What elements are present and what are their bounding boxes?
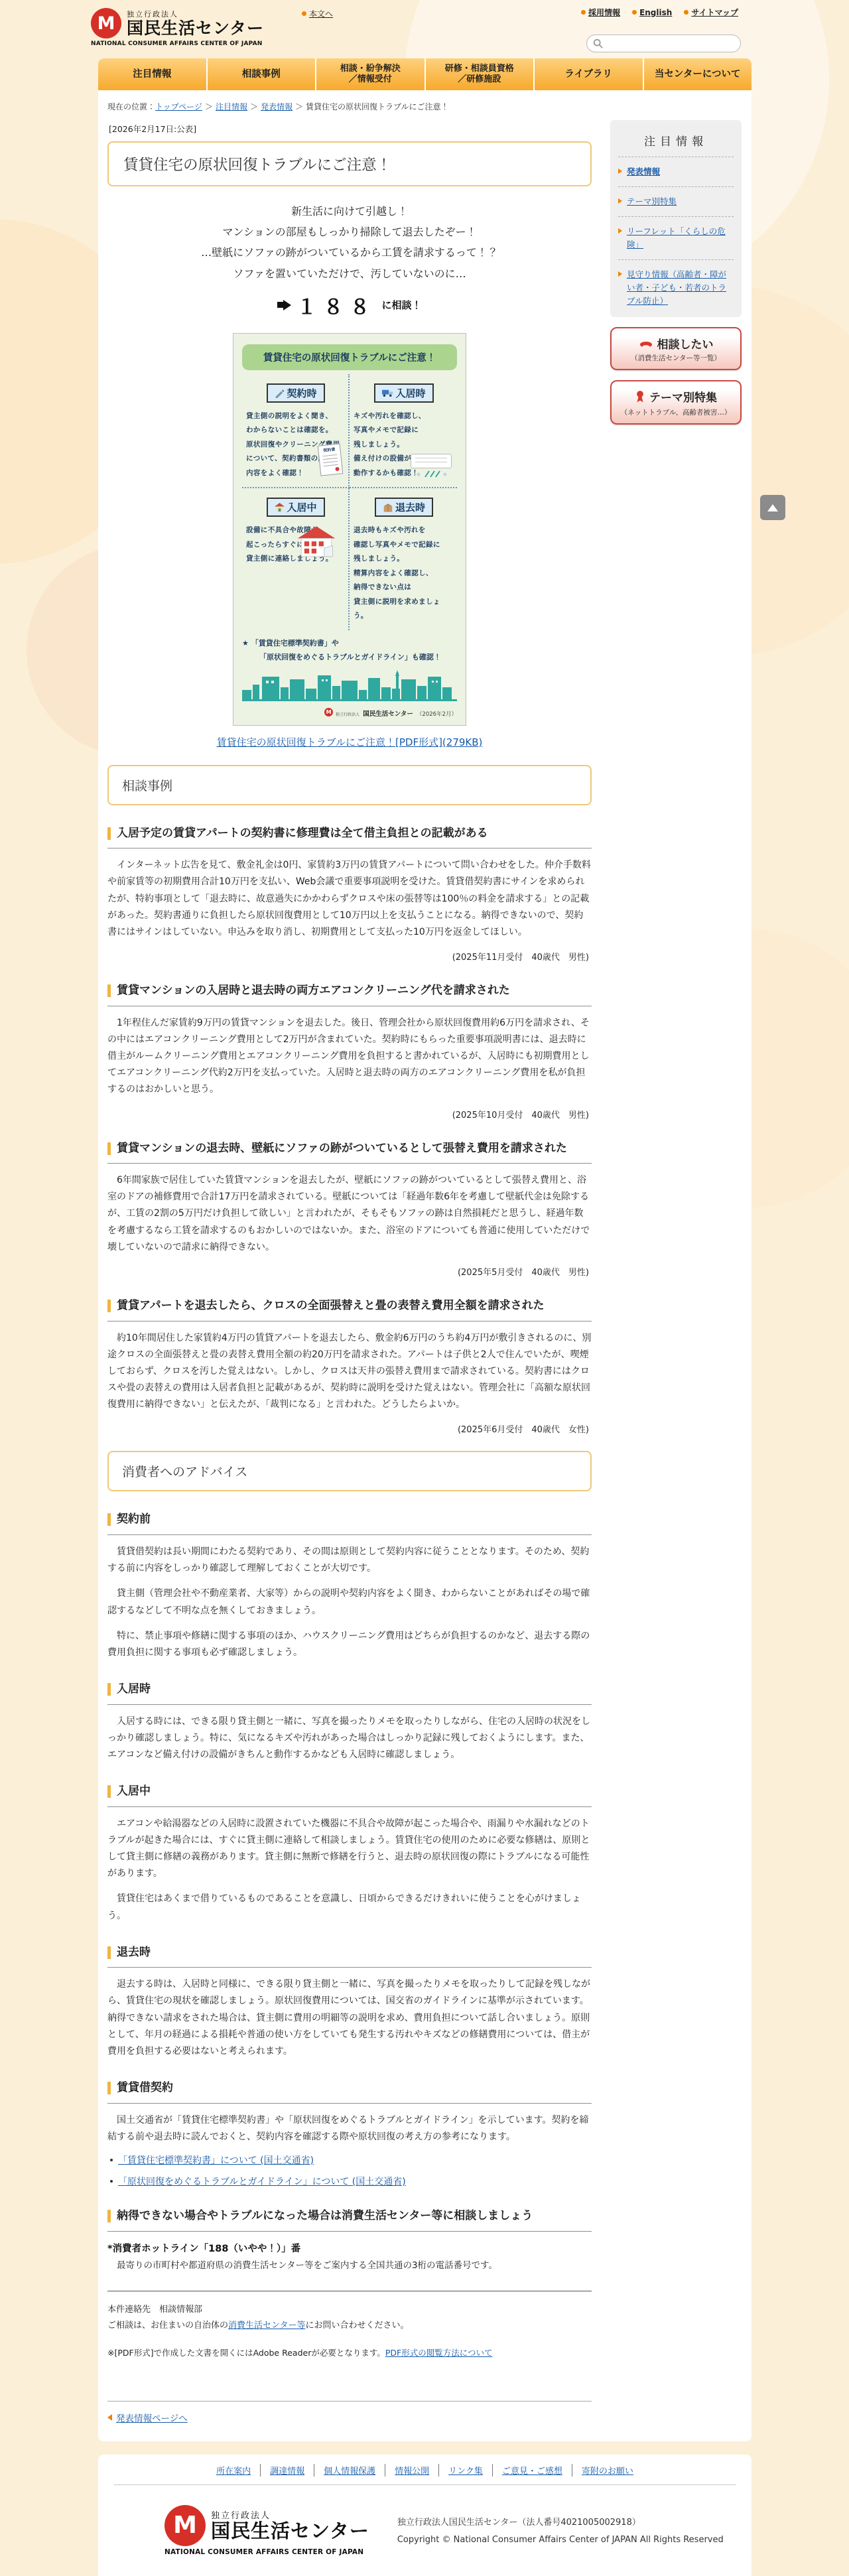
ncac-logo-icon: M bbox=[91, 8, 121, 38]
breadcrumb-label: 現在の位置： bbox=[107, 102, 155, 111]
advice-paragraph: 国土交通省が「賃貸住宅標準契約書」や「原状回復をめぐるトラブルとガイドライン」を… bbox=[107, 2112, 592, 2145]
advice-section: 退去時 退去する時は、入居時と同様に、できる限り貸主側と一緒に、写真を撮ったりメ… bbox=[107, 1942, 592, 2060]
advice-title: 退去時 bbox=[107, 1942, 592, 1968]
advice-paragraph: エアコンや給湯器などの入居時に設置されていた機器に不具合や故障が起こった場合や、… bbox=[107, 1816, 592, 1883]
org-type-label: 独立行政法人 bbox=[127, 9, 264, 19]
footer-link-links[interactable]: リンク集 bbox=[439, 2464, 493, 2476]
advice-paragraph: 貸主側（管理会社や不動産業者、大家等）からの説明や契約内容をよく聞き、わからない… bbox=[107, 1586, 592, 1619]
case-title: 賃貸マンションの退去時、壁紙にソファの跡がついているとして張替え費用を請求された bbox=[107, 1138, 592, 1164]
advice-paragraph: 特に、禁止事項や修繕に関する事項のほか、ハウスクリーニング費用はどちらが負担する… bbox=[107, 1628, 592, 1661]
small-house-icon bbox=[275, 503, 285, 512]
standard-contract-link[interactable]: 「賃貸住宅標準契約書」について (国土交通省) bbox=[118, 2155, 314, 2166]
ncac-logo-icon: M bbox=[324, 708, 333, 716]
pdf-download-link[interactable]: 賃貸住宅の原状回復トラブルにご注意！[PDF形式](279KB) bbox=[217, 736, 483, 748]
bullet-icon bbox=[632, 10, 637, 15]
article-content: [2026年2月17日:公表] 賃貸住宅の原状回復トラブルにご注意！ 新生活に向… bbox=[107, 120, 592, 2424]
pencil-icon bbox=[275, 388, 285, 398]
case-body: 6年間家族で居住していた賃貸マンションを退去したが、壁紙にソファの跡がついている… bbox=[107, 1172, 592, 1256]
ncac-logo-icon: M bbox=[164, 2505, 206, 2546]
case-title: 賃貸アパートを退去したら、クロスの全面張替えと畳の表替え費用全額を請求された bbox=[107, 1295, 592, 1322]
footer-link-procurement[interactable]: 調達情報 bbox=[261, 2464, 314, 2476]
advice-section: 賃貸借契約 国土交通省が「賃貸住宅標準契約書」や「原状回復をめぐるトラブルとガイ… bbox=[107, 2077, 592, 2188]
pdf-note: ※[PDF形式]で作成した文書を開くにはAdobe Readerが必要となります… bbox=[107, 2345, 592, 2361]
sidebar-item-themes[interactable]: テーマ別特集 bbox=[618, 186, 734, 216]
footer-link-privacy[interactable]: 個人情報保護 bbox=[314, 2464, 385, 2476]
sidebar-item-press[interactable]: 発表情報 bbox=[618, 157, 734, 186]
breadcrumb-notable-link[interactable]: 注目情報 bbox=[216, 102, 247, 111]
press-list-link[interactable]: 発表情報ページへ bbox=[116, 2411, 188, 2424]
nav-tab-case-examples[interactable]: 相談事例 bbox=[208, 58, 317, 90]
case-meta: (2025年6月受付 40歳代 女性) bbox=[110, 1422, 589, 1435]
poster-credit: M 独立行政法人 国民生活センター （2026年2月） bbox=[242, 706, 457, 718]
pdf-howto-link[interactable]: PDF形式の閲覧方法について bbox=[385, 2348, 493, 2358]
case-meta: (2025年5月受付 40歳代 男性) bbox=[110, 1265, 589, 1278]
advice-section: 入居中 エアコンや給湯器などの入居時に設置されていた機器に不具合や故障が起こった… bbox=[107, 1781, 592, 1925]
breadcrumb: 現在の位置：トップページ＞注目情報＞発表情報＞賃貸住宅の原状回復トラブルにご注意… bbox=[98, 94, 751, 120]
breadcrumb-home-link[interactable]: トップページ bbox=[155, 102, 202, 111]
city-skyline-illustration bbox=[242, 670, 457, 702]
sidebar-item-watch[interactable]: 見守り情報（高齢者・障がい者・子ども・若者のトラブル防止） bbox=[618, 259, 734, 316]
main-nav: 注目情報 相談事例 相談・紛争解決／情報受付 研修・相談員資格／研修施設 ライブ… bbox=[98, 58, 751, 90]
search-box bbox=[586, 34, 741, 52]
poster-quadrant-contract: 契約時 貸主側の説明をよく聞き、わからないことは確認を。 原状回復やクリーニング… bbox=[242, 374, 350, 489]
poster-title: 賃貸住宅の原状回復トラブルにご注意！ bbox=[242, 344, 457, 370]
search-icon bbox=[592, 38, 604, 50]
case-title: 賃貸マンションの入居時と退去時の両方エアコンクリーニング代を請求された bbox=[107, 980, 592, 1006]
contract-document-icon: 契約書 bbox=[318, 444, 344, 476]
consult-button[interactable]: 相談したい （消費生活センター等一覧） bbox=[610, 327, 742, 370]
case-item: 賃貸マンションの入居時と退去時の両方エアコンクリーニング代を請求された 1年程住… bbox=[107, 980, 592, 1120]
bullet-icon bbox=[684, 10, 688, 15]
search-input[interactable] bbox=[604, 36, 740, 51]
left-arrow-icon bbox=[107, 2414, 112, 2421]
moving-truck-icon bbox=[382, 388, 393, 397]
footer-link-donation[interactable]: 寄附のお願い bbox=[572, 2464, 643, 2476]
right-arrow-icon bbox=[277, 300, 291, 310]
air-conditioner-icon bbox=[411, 454, 452, 481]
section-cases: 相談事例 bbox=[107, 765, 592, 805]
nav-tab-library[interactable]: ライブラリ bbox=[535, 58, 644, 90]
case-item: 賃貸アパートを退去したら、クロスの全面張替えと畳の表替え費用全額を請求された 約… bbox=[107, 1295, 592, 1435]
consult-title: 納得できない場合やトラブルになった場合は消費生活センター等に相談しましょう bbox=[107, 2205, 592, 2232]
footer-link-access[interactable]: 所在案内 bbox=[207, 2464, 261, 2476]
case-item: 入居予定の賃貸アパートの契約書に修理費は全て借主負担との記載がある インターネッ… bbox=[107, 823, 592, 963]
sidebar-panel-notable: 注目情報 発表情報 テーマ別特集 リーフレット「くらしの危険」 見守り情報（高齢… bbox=[610, 120, 742, 317]
advice-paragraph: 入居する時には、できる限り貸主側と一緒に、写真を撮ったりメモを取ったりしながら、… bbox=[107, 1714, 592, 1764]
advice-paragraph: 賃貸借契約は長い期間にわたる契約であり、その間は原則として契約内容に従うこととな… bbox=[107, 1544, 592, 1577]
site-logo[interactable]: M 独立行政法人 国民生活センター bbox=[91, 0, 751, 38]
contact-info: 本件連絡先 相談情報部 ご相談は、お住まいの自治体の消費生活センター等にお問い合… bbox=[107, 2302, 592, 2361]
scroll-to-top-button[interactable] bbox=[760, 495, 785, 520]
section-advice: 消費者へのアドバイス bbox=[107, 1451, 592, 1491]
pushpin-icon bbox=[635, 390, 645, 403]
publish-date: [2026年2月17日:公表] bbox=[109, 123, 590, 135]
intro-text: 新生活に向けて引越し！ マンションの部屋もしっかり掃除して退去したぞー！ …壁紙… bbox=[107, 201, 592, 284]
case-item: 賃貸マンションの退去時、壁紙にソファの跡がついているとして張替え費用を請求された… bbox=[107, 1138, 592, 1278]
utility-links: 採用情報 English サイトマップ bbox=[581, 7, 738, 18]
case-meta: (2025年10月受付 40歳代 男性) bbox=[110, 1108, 589, 1120]
advice-section: 入居時 入居する時には、できる限り貸主側と一緒に、写真を撮ったりメモを取ったりし… bbox=[107, 1678, 592, 1763]
consumer-center-link[interactable]: 消費生活センター等 bbox=[228, 2321, 305, 2331]
sidebar-item-leaflet[interactable]: リーフレット「くらしの危険」 bbox=[618, 216, 734, 259]
advice-title: 入居中 bbox=[107, 1781, 592, 1807]
nav-tab-training[interactable]: 研修・相談員資格／研修施設 bbox=[426, 58, 535, 90]
footer-links: 所在案内 調達情報 個人情報保護 情報公開 リンク集 ご意見・ご感想 寄附のお願… bbox=[98, 2464, 751, 2476]
back-to-press-list: 発表情報ページへ bbox=[107, 2411, 592, 2424]
advice-title: 賃貸借契約 bbox=[107, 2077, 592, 2104]
nav-tab-notable-info[interactable]: 注目情報 bbox=[98, 58, 208, 90]
poster-quadrant-moveout: 退去時 退去時もキズや汚れを確認し写真やメモで記録に 残しましょう。精算内容をよ… bbox=[350, 488, 457, 630]
poster-quadrant-movein: 入居時 キズや汚れを確認し、写真やメモで記録に 残しましょう。備え付けの設備がき… bbox=[350, 374, 457, 489]
recruit-link[interactable]: 採用情報 bbox=[581, 7, 620, 18]
advice-title: 入居時 bbox=[107, 1678, 592, 1705]
site-footer: 所在案内 調達情報 個人情報保護 情報公開 リンク集 ご意見・ご感想 寄附のお願… bbox=[98, 2455, 751, 2576]
case-body: 約10年間居住した家賃約4万円の賃貸アパートを退去したら、敷金約6万円のうち約4… bbox=[107, 1330, 592, 1414]
sitemap-link[interactable]: サイトマップ bbox=[684, 7, 738, 18]
house-illustration-icon bbox=[296, 524, 336, 560]
advice-paragraph: 退去する時は、入居時と同様に、できる限り貸主側と一緒に、写真を撮ったりメモを取っ… bbox=[107, 1976, 592, 2060]
english-link[interactable]: English bbox=[632, 7, 672, 18]
skip-to-content-link[interactable]: 本文へ bbox=[302, 8, 333, 19]
hotline-188: １８８ に相談！ bbox=[107, 291, 592, 320]
footer-copyright: 独立行政法人国民生活センター（法人番号4021005002918） Copyri… bbox=[397, 2505, 724, 2549]
poster-image: 賃貸住宅の原状回復トラブルにご注意！ 契約時 貸主側の説明をよく聞き、わからない… bbox=[233, 333, 466, 726]
case-meta: (2025年11月受付 40歳代 男性) bbox=[110, 950, 589, 963]
case-body: インターネット広告を見て、敷金礼金は0円、家賃約3万円の賃貸アパートについて問い… bbox=[107, 857, 592, 941]
sidebar-title: 注目情報 bbox=[618, 123, 734, 157]
divider bbox=[107, 2291, 592, 2291]
breadcrumb-current: 賃貸住宅の原状回復トラブルにご注意！ bbox=[306, 102, 449, 111]
footer-link-disclosure[interactable]: 情報公開 bbox=[385, 2464, 439, 2476]
poster-note: ★ 「賃貸住宅標準契約書」や 「原状回復をめぐるトラブルとガイドライン」も確認！ bbox=[242, 637, 457, 665]
site-header: M 独立行政法人 国民生活センター NATIONAL CONSUMER AFFA… bbox=[91, 0, 751, 58]
pdf-download: 賃貸住宅の原状回復トラブルにご注意！[PDF形式](279KB) bbox=[107, 735, 592, 749]
guideline-links: 「賃貸住宅標準契約書」について (国土交通省) 「原状回復をめぐるトラブルとガイ… bbox=[107, 2153, 592, 2188]
sidebar: 注目情報 発表情報 テーマ別特集 リーフレット「くらしの危険」 見守り情報（高齢… bbox=[610, 120, 742, 425]
case-title: 入居予定の賃貸アパートの契約書に修理費は全て借主負担との記載がある bbox=[107, 823, 592, 849]
phone-icon bbox=[639, 339, 653, 348]
breadcrumb-press-link[interactable]: 発表情報 bbox=[261, 102, 293, 111]
advice-paragraph: 賃貸住宅はあくまで借りているものであることを意識し、日頃からできるだけきれいに使… bbox=[107, 1891, 592, 1924]
divider bbox=[107, 2401, 592, 2402]
themes-button[interactable]: テーマ別特集 （ネットトラブル、高齢者被害…） bbox=[610, 380, 742, 425]
bullet-icon bbox=[581, 10, 586, 15]
up-arrow-icon bbox=[767, 504, 778, 511]
org-name: 国民生活センター bbox=[127, 19, 264, 38]
bullet-icon bbox=[302, 11, 306, 16]
restoration-guideline-link[interactable]: 「原状回復をめぐるトラブルとガイドライン」について (国土交通省) bbox=[118, 2177, 406, 2187]
consumer-hotline: *消費者ホットライン「188（いやや！）」番 最寄りの市町村や都道府県の消費生活… bbox=[107, 2241, 592, 2271]
nav-tab-about[interactable]: 当センターについて bbox=[644, 58, 752, 90]
consult-section: 納得できない場合やトラブルになった場合は消費生活センター等に相談しましょう *消… bbox=[107, 2205, 592, 2271]
advice-section: 契約前 賃貸借契約は長い期間にわたる契約であり、その間は原則として契約内容に従う… bbox=[107, 1509, 592, 1661]
page-title: 賃貸住宅の原状回復トラブルにご注意！ bbox=[107, 141, 592, 186]
nav-tab-dispute-resolution[interactable]: 相談・紛争解決／情報受付 bbox=[316, 58, 426, 90]
poster-quadrant-living: 入居中 設備に不具合や故障が起こったらすぐに 貸主側に連絡しましょう。 bbox=[242, 488, 350, 630]
cardboard-box-icon bbox=[383, 503, 393, 512]
case-body: 1年程住んだ家賃約9万円の賃貸マンションを退去した。後日、管理会社から原状回復費… bbox=[107, 1015, 592, 1099]
footer-link-feedback[interactable]: ご意見・ご感想 bbox=[493, 2464, 572, 2476]
advice-title: 契約前 bbox=[107, 1509, 592, 1535]
footer-logo: M 独立行政法人 国民生活センター NATIONAL CONSUMER AFFA… bbox=[164, 2505, 369, 2556]
main-container: 現在の位置：トップページ＞注目情報＞発表情報＞賃貸住宅の原状回復トラブルにご注意… bbox=[98, 90, 751, 2441]
